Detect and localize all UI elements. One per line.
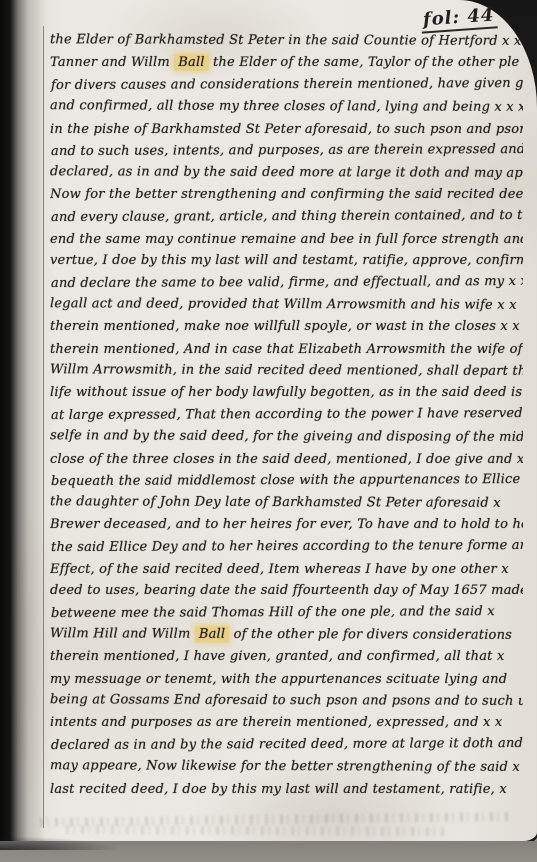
manuscript-line-5: in the pishe of Barkhamsted St Peter afo… [50, 119, 523, 141]
manuscript-line-19: selfe in and by the said deed, for the g… [50, 425, 523, 449]
highlighted-word-ball: Ball [174, 54, 208, 71]
manuscript-line-35: last recited deed, I doe by this my last… [50, 779, 523, 801]
manuscript-text-block: the Elder of Barkhamsted St Peter in the… [50, 30, 523, 822]
manuscript-line-3: for divers causes and considerations the… [51, 73, 523, 97]
manuscript-line-17: life without issue of her body lawfully … [50, 382, 523, 404]
manuscript-line-11: vertue, I doe by this my last will and t… [50, 250, 523, 272]
manuscript-line-6: and to such uses, intents, and purposes,… [51, 139, 523, 163]
manuscript-line-13: legall act and deed, provided that Willm… [50, 293, 523, 317]
margin-rule-line [43, 26, 44, 828]
manuscript-line-23: Brewer deceased, and to her heires for e… [50, 514, 523, 536]
manuscript-line-18: at large expressed, That then according … [51, 403, 523, 427]
highlighted-word-ball: Ball [195, 626, 229, 643]
manuscript-line-34: may appeare, Now likewise for the better… [50, 755, 523, 779]
manuscript-line-32: intents and purposes as are therein ment… [50, 712, 523, 734]
manuscript-line-10: end the same may continue remaine and be… [50, 229, 523, 251]
scanner-bed-shadow [0, 836, 120, 850]
manuscript-line-7: declared, as in and by the said deed mor… [50, 161, 523, 185]
manuscript-line-2: Tanner and Willm Ball the Elder of the s… [50, 52, 523, 74]
manuscript-line-21: bequeath the said middlemost close with … [51, 469, 523, 493]
manuscript-line-28: Willm Hill and Willm Ball of the other p… [50, 623, 523, 647]
manuscript-line-8: Now for the better strengthening and con… [50, 184, 523, 206]
manuscript-line-12: and declare the same to bee valid, firme… [51, 271, 523, 295]
manuscript-line-30: my messuage or tenemt, with the appurten… [50, 669, 523, 691]
manuscript-scan: fol: 44 the Elder of Barkhamsted St Pete… [0, 0, 537, 862]
manuscript-line-4: and confirmed, all those my three closes… [50, 95, 523, 119]
manuscript-line-29: therein mentioned, I have given, granted… [50, 646, 523, 668]
manuscript-line-15: therein mentioned, And in case that Eliz… [50, 339, 523, 361]
manuscript-line-24: the said Ellice Dey and to her heires ac… [51, 535, 523, 559]
manuscript-line-33: declared as in and by the said recited d… [51, 733, 523, 757]
manuscript-line-20: close of the three closes in the said de… [50, 449, 523, 471]
manuscript-line-14: therein mentioned, make noe willfull spo… [50, 316, 523, 338]
manuscript-line-22: the daughter of John Dey late of Barkham… [50, 491, 523, 515]
manuscript-line-9: and every clause, grant, article, and th… [51, 205, 523, 229]
manuscript-line-16: Willm Arrowsmith, in the said recited de… [50, 359, 523, 383]
manuscript-line-1: the Elder of Barkhamsted St Peter in the… [50, 30, 523, 53]
manuscript-line-25: Effect, of the said recited deed, Item w… [50, 559, 523, 581]
manuscript-line-31: being at Gossams End aforesaid to such p… [50, 689, 523, 713]
manuscript-line-26: deed to uses, bearing date the said ffou… [50, 580, 523, 602]
manuscript-line-27: betweene mee the said Thomas Hill of the… [51, 601, 523, 625]
